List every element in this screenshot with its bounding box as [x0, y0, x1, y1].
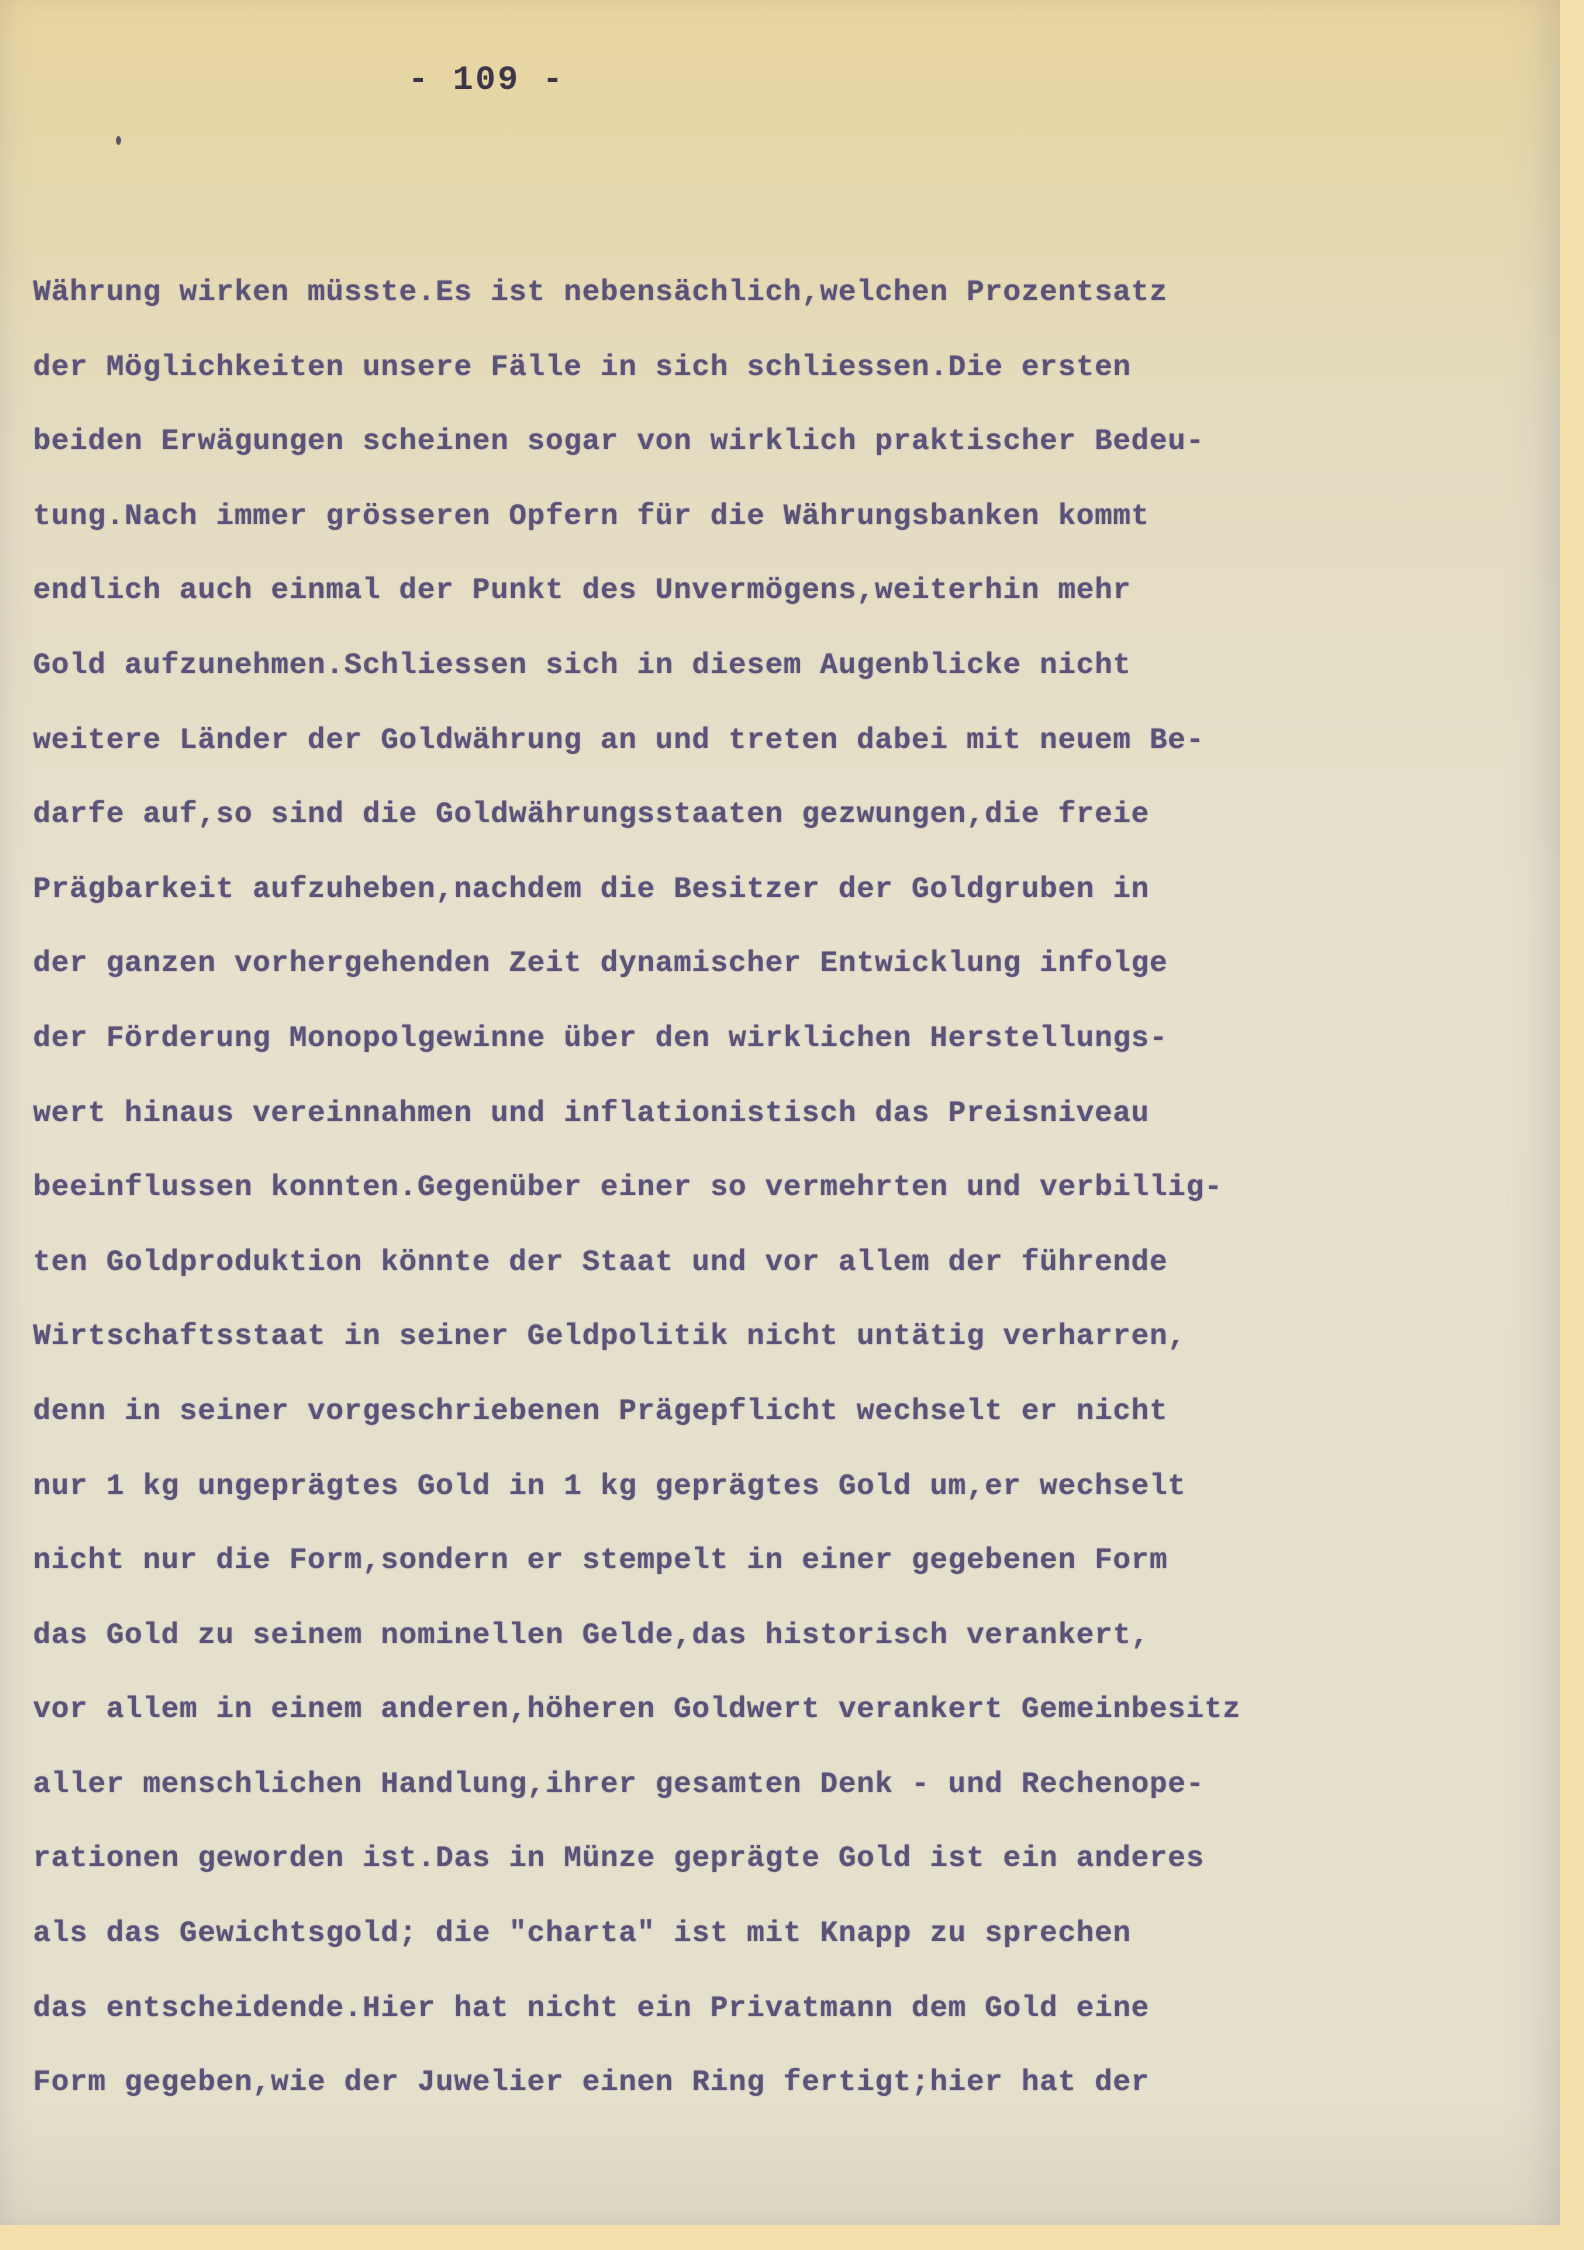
page-edge-right	[1560, 0, 1584, 2250]
text-line: Wirtschaftsstaat in seiner Geldpolitik n…	[33, 1316, 1553, 1391]
text-line: nur 1 kg ungeprägtes Gold in 1 kg gepräg…	[33, 1466, 1553, 1541]
text-line: das Gold zu seinem nominellen Gelde,das …	[33, 1615, 1553, 1690]
text-line: beiden Erwägungen scheinen sogar von wir…	[33, 421, 1553, 496]
document-page: - 109 - Währung wirken müsste.Es ist neb…	[0, 0, 1560, 2225]
text-line: als das Gewichtsgold; die "charta" ist m…	[33, 1913, 1553, 1988]
text-line: weitere Länder der Goldwährung an und tr…	[33, 720, 1553, 795]
text-line: rationen geworden ist.Das in Münze geprä…	[33, 1838, 1553, 1913]
ink-speck	[116, 136, 121, 145]
text-line: Währung wirken müsste.Es ist nebensächli…	[33, 272, 1553, 347]
page-edge-bottom	[0, 2225, 1584, 2250]
text-line: nicht nur die Form,sondern er stempelt i…	[33, 1540, 1553, 1615]
text-line: aller menschlichen Handlung,ihrer gesamt…	[33, 1764, 1553, 1839]
text-line: der Förderung Monopolgewinne über den wi…	[33, 1018, 1553, 1093]
text-line: beeinflussen konnten.Gegenüber einer so …	[33, 1167, 1553, 1242]
text-line: denn in seiner vorgeschriebenen Prägepfl…	[33, 1391, 1553, 1466]
text-line: ten Goldproduktion könnte der Staat und …	[33, 1242, 1553, 1317]
text-line: endlich auch einmal der Punkt des Unverm…	[33, 570, 1553, 645]
text-line: vor allem in einem anderen,höheren Goldw…	[33, 1689, 1553, 1764]
text-line: Gold aufzunehmen.Schliessen sich in dies…	[33, 645, 1553, 720]
text-line: Form gegeben,wie der Juwelier einen Ring…	[33, 2062, 1553, 2137]
text-line: wert hinaus vereinnahmen und inflationis…	[33, 1093, 1553, 1168]
text-line: darfe auf,so sind die Goldwährungsstaate…	[33, 794, 1553, 869]
text-line: das entscheidende.Hier hat nicht ein Pri…	[33, 1988, 1553, 2063]
text-line: der Möglichkeiten unsere Fälle in sich s…	[33, 347, 1553, 422]
typewritten-body: Währung wirken müsste.Es ist nebensächli…	[33, 272, 1553, 2137]
page-number: - 109 -	[408, 62, 565, 100]
text-line: Prägbarkeit aufzuheben,nachdem die Besit…	[33, 869, 1553, 944]
text-line: der ganzen vorhergehenden Zeit dynamisch…	[33, 943, 1553, 1018]
text-line: tung.Nach immer grösseren Opfern für die…	[33, 496, 1553, 571]
